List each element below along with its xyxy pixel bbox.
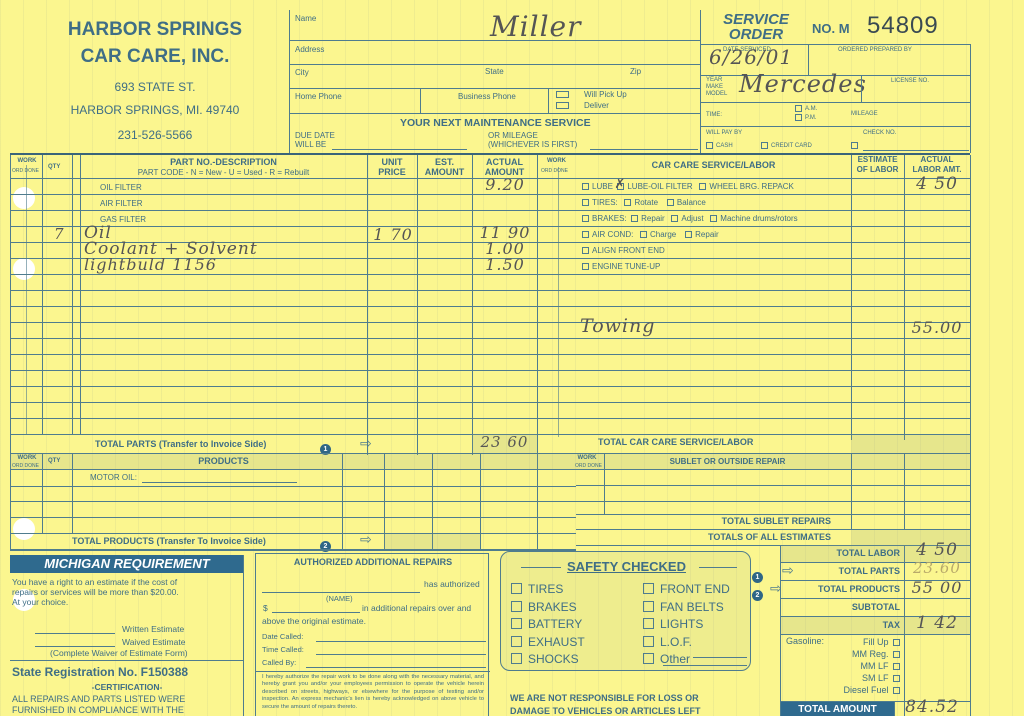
check-no-field[interactable]: [863, 150, 969, 151]
total-labor-label: TOTAL LABOR: [781, 548, 900, 558]
total-parts-label: TOTAL PARTS (Transfer to Invoice Side): [95, 439, 266, 449]
gas-diesel-label: Diesel Fuel: [843, 685, 888, 695]
company-city: HARBOR SPRINGS, MI. 49740: [40, 103, 270, 117]
tires-checkbox[interactable]: [582, 199, 589, 206]
totals-estimates-label: TOTALS OF ALL ESTIMATES: [576, 532, 831, 542]
above-estimate-text: above the original estimate.: [262, 616, 366, 626]
safety-lof-checkbox[interactable]: [643, 636, 654, 647]
gas-fill-up-checkbox[interactable]: [893, 639, 900, 646]
gas-sm-lf-label: SM LF: [862, 673, 889, 683]
part-row-air-filter: AIR FILTER: [100, 199, 143, 208]
authorized-repairs-box: AUTHORIZED ADDITIONAL REPAIRS has author…: [255, 553, 489, 716]
check-no-label: CHECK NO.: [863, 130, 896, 136]
est-amount-header-1: EST.: [417, 157, 472, 167]
home-phone-label: Home Phone: [295, 92, 342, 101]
license-label: LICENSE NO.: [891, 78, 929, 84]
gas-mm-reg-checkbox[interactable]: [893, 651, 900, 658]
order-number: 54809: [867, 12, 939, 40]
or-mileage-label: OR MILEAGE: [488, 131, 538, 140]
date-called-field[interactable]: [316, 641, 486, 642]
company-name-line2: CAR CARE, INC.: [40, 42, 270, 72]
rotate-label: Rotate: [634, 198, 658, 207]
vehicle-field[interactable]: Mercedes: [739, 70, 867, 98]
part-row-oil-filter-actual[interactable]: 9.20: [475, 175, 535, 194]
products-work-header: WORK: [12, 455, 42, 461]
machine-drums-checkbox[interactable]: [710, 215, 717, 222]
part-row-oil-qty[interactable]: 7: [54, 225, 65, 243]
safety-fan-belts-checkbox[interactable]: [643, 601, 654, 612]
safety-front-end-checkbox[interactable]: [643, 583, 654, 594]
written-estimate-field[interactable]: [35, 633, 115, 634]
ac-charge-label: Charge: [650, 230, 676, 239]
credit-card-checkbox[interactable]: [761, 142, 768, 149]
align-front-end-checkbox[interactable]: [582, 247, 589, 254]
will-pay-label: WILL PAY BY: [706, 130, 742, 136]
waived-estimate-label: Waived Estimate: [122, 637, 185, 647]
subtotal-label: SUBTOTAL: [781, 602, 900, 612]
gas-mm-lf-label: MM LF: [860, 661, 888, 671]
work-header: WORK: [12, 158, 42, 164]
transfer-1-badge-totals: 1: [752, 572, 763, 583]
balance-label: Balance: [677, 198, 706, 207]
total-sublet-label: TOTAL SUBLET REPAIRS: [576, 516, 831, 526]
michigan-text-3: At your choice.: [12, 597, 179, 607]
service-order-title-1: SERVICE: [721, 12, 791, 27]
part-row-lightbulb-desc[interactable]: lightbuld 1156: [84, 255, 217, 274]
part-row-lightbulb-actual[interactable]: 1.50: [475, 255, 535, 274]
arrow-right-icon: ⇨: [360, 436, 372, 450]
cert-text-1: ALL REPAIRS AND PARTS LISTED WERE: [12, 694, 185, 705]
deliver-checkbox[interactable]: [556, 102, 569, 109]
cash-label: CASH: [716, 143, 733, 149]
total-products-summary-value[interactable]: 55 00: [904, 578, 970, 597]
gas-mm-reg-label: MM Reg.: [852, 649, 889, 659]
engine-tune-up-label: ENGINE TUNE-UP: [592, 262, 660, 271]
products-header: PRODUCTS: [80, 456, 367, 466]
arrow-right-icon: ⇨: [770, 581, 782, 595]
michigan-text-1: You have a right to an estimate if the c…: [12, 577, 179, 587]
qty-header: QTY: [48, 164, 60, 170]
arrow-right-icon: ⇨: [360, 532, 372, 546]
ac-repair-label: Repair: [695, 230, 719, 239]
year-label: YEAR: [706, 77, 727, 84]
company-phone: 231-526-5566: [40, 128, 270, 142]
parts-table: WORK ORD DONE QTY PART NO.-DESCRIPTION P…: [10, 155, 576, 550]
will-pick-up-checkbox[interactable]: [556, 91, 569, 98]
has-authorized-label: has authorized: [424, 579, 480, 589]
towing-entry[interactable]: Towing: [580, 315, 655, 337]
total-amount-value[interactable]: 84.52: [894, 697, 970, 716]
motor-oil-label: MOTOR OIL:: [90, 473, 137, 482]
products-qty-header: QTY: [48, 458, 60, 464]
called-by-field[interactable]: [306, 667, 486, 668]
total-amount-label: TOTAL AMOUNT: [781, 702, 894, 716]
time-called-field[interactable]: [316, 654, 486, 655]
safety-fan-belts-label: FAN BELTS: [660, 600, 724, 614]
service-table: CAR CARE SERVICE/LABOR ESTIMATE OF LABOR…: [576, 155, 971, 550]
called-by-label: Called By:: [262, 658, 296, 667]
cert-text-2: FURNISHED IN COMPLIANCE WITH THE: [12, 705, 185, 716]
company-address: 693 STATE ST.: [40, 80, 270, 94]
gas-sm-lf-checkbox[interactable]: [893, 675, 900, 682]
pm-checkbox[interactable]: [795, 114, 802, 121]
safety-brakes-checkbox[interactable]: [511, 601, 522, 612]
whichever-label: (WHICHEVER IS FIRST): [488, 140, 577, 149]
ord-header-right: ORD: [541, 168, 552, 174]
credit-card-label: CREDIT CARD: [771, 143, 812, 149]
motor-oil-field[interactable]: [142, 482, 297, 483]
total-car-care-label: TOTAL CAR CARE SERVICE/LABOR: [598, 437, 753, 447]
certification-title: -CERTIFICATION-: [10, 682, 244, 692]
mileage-field[interactable]: [590, 149, 698, 150]
lube-oil-filter-checkbox[interactable]: ✗: [617, 183, 624, 190]
unit-price-header-2: PRICE: [367, 167, 417, 177]
part-row-oil-unit[interactable]: 1 70: [370, 225, 416, 244]
done-header-right: DONE: [554, 168, 568, 174]
brake-repair-label: Repair: [641, 214, 665, 223]
safety-tires-checkbox[interactable]: [511, 583, 522, 594]
total-parts-value[interactable]: 23 60: [472, 433, 537, 451]
business-phone-label: Business Phone: [458, 92, 516, 101]
brakes-label: BRAKES:: [592, 214, 627, 223]
time-label: TIME:: [706, 112, 722, 118]
authorizer-name-field[interactable]: [262, 592, 420, 593]
deliver-label: Deliver: [584, 101, 609, 110]
safety-lof-label: L.O.F.: [660, 635, 692, 649]
company-block: HARBOR SPRINGS CAR CARE, INC. 693 STATE …: [40, 18, 270, 142]
work-header-right: WORK: [537, 158, 576, 164]
wheel-brg-label: WHEEL BRG. REPACK: [709, 182, 793, 191]
sublet-work-header: WORK: [572, 455, 602, 461]
lube-label: LUBE: [592, 182, 613, 191]
service-order-block: SERVICE ORDER NO. M 54809 DATE SERVICED …: [701, 8, 971, 153]
am-checkbox[interactable]: [795, 105, 802, 112]
lube-actual-labor[interactable]: 4 50: [904, 174, 970, 194]
address-label: Address: [295, 45, 324, 54]
safety-front-end-label: FRONT END: [660, 582, 730, 596]
safety-other-label: Other: [660, 652, 690, 666]
ord-header: ORD: [12, 168, 23, 174]
brake-adjust-label: Adjust: [681, 214, 703, 223]
safety-other-checkbox[interactable]: [643, 653, 654, 664]
brake-repair-checkbox[interactable]: [631, 215, 638, 222]
waiver-note: (Complete Waiver of Estimate Form): [50, 648, 188, 658]
ac-charge-checkbox[interactable]: [640, 231, 647, 238]
customer-name-field[interactable]: Miller: [490, 10, 582, 43]
safety-lights-label: LIGHTS: [660, 617, 703, 631]
ac-repair-checkbox[interactable]: [685, 231, 692, 238]
estimate-labor-header-1: ESTIMATE: [851, 155, 904, 165]
done-header: DONE: [25, 168, 39, 174]
safety-other-field[interactable]: [693, 657, 747, 658]
next-service-title: YOUR NEXT MAINTENANCE SERVICE: [400, 117, 591, 129]
tax-value[interactable]: 1 42: [904, 613, 970, 633]
lube-checkbox[interactable]: [582, 183, 589, 190]
michigan-requirement-box: MICHIGAN REQUIREMENT You have a right to…: [10, 555, 244, 716]
sublet-header: SUBLET OR OUTSIDE REPAIR: [604, 457, 851, 466]
state-registration: State Registration No. F150388: [12, 665, 188, 679]
safety-checked-box: SAFETY CHECKED TIRES BRAKES BATTERY EXHA…: [500, 551, 751, 671]
brake-adjust-checkbox[interactable]: [671, 215, 678, 222]
part-desc-header: PART NO.-DESCRIPTION: [80, 157, 367, 167]
car-care-header: CAR CARE SERVICE/LABOR: [576, 160, 851, 170]
safety-shocks-checkbox[interactable]: [511, 653, 522, 664]
additional-repairs-text: in additional repairs over and: [362, 603, 471, 613]
city-label: City: [295, 68, 309, 77]
zip-label: Zip: [630, 67, 641, 76]
mileage-label: MILEAGE: [851, 111, 878, 117]
total-parts-summary-value[interactable]: 23.60: [904, 559, 970, 577]
safety-shocks-label: SHOCKS: [528, 652, 579, 666]
company-name-line1: HARBOR SPRINGS: [40, 18, 270, 42]
ordered-prepared-label: ORDERED PREPARED BY: [838, 47, 912, 53]
total-labor-value[interactable]: 4 50: [904, 540, 970, 560]
safety-battery-checkbox[interactable]: [511, 618, 522, 629]
total-parts-summary-label: TOTAL PARTS: [781, 566, 900, 576]
name-label: Name: [295, 14, 316, 23]
state-label: State: [485, 67, 504, 76]
tires-label: TIRES:: [592, 198, 618, 207]
actual-labor-header-1: ACTUAL: [904, 155, 970, 165]
safety-lights-checkbox[interactable]: [643, 618, 654, 629]
rotate-checkbox[interactable]: [624, 199, 631, 206]
michigan-text-2: repairs or services will be more than $2…: [12, 587, 179, 597]
safety-tires-label: TIRES: [528, 582, 563, 596]
gas-fill-up-label: Fill Up: [863, 637, 889, 647]
disclaimer-line-2: DAMAGE TO VEHICLES OR ARTICLES LEFT: [510, 705, 701, 716]
estimate-labor-header-2: OF LABOR: [851, 165, 904, 175]
balance-checkbox[interactable]: [667, 199, 674, 206]
part-row-oil-filter: OIL FILTER: [100, 183, 142, 192]
authorization-legal-text: I hereby authorize the repair work to be…: [262, 674, 484, 711]
written-estimate-label: Written Estimate: [122, 624, 184, 634]
check-checkbox[interactable]: [851, 142, 858, 149]
wheel-brg-checkbox[interactable]: [699, 183, 706, 190]
total-products-label: TOTAL PRODUCTS (Transfer To Invoice Side…: [72, 536, 266, 546]
total-products-summary-label: TOTAL PRODUCTS: [781, 584, 900, 594]
disclaimer: WE ARE NOT RESPONSIBLE FOR LOSS OR DAMAG…: [510, 692, 701, 716]
gas-diesel-checkbox[interactable]: [893, 687, 900, 694]
michigan-title: MICHIGAN REQUIREMENT: [10, 555, 244, 573]
additional-amount-field[interactable]: [272, 612, 360, 613]
am-label: A.M.: [805, 106, 817, 112]
will-pick-up-label: Will Pick Up: [584, 90, 627, 99]
time-called-label: Time Called:: [262, 645, 304, 654]
due-date-field[interactable]: [332, 149, 467, 150]
engine-tune-up-checkbox[interactable]: [582, 263, 589, 270]
brakes-checkbox[interactable]: [582, 215, 589, 222]
safety-exhaust-label: EXHAUST: [528, 635, 585, 649]
dollar-sign: $: [263, 603, 268, 613]
service-order-title-2: ORDER: [721, 27, 791, 42]
air-cond-label: AIR COND:: [592, 230, 633, 239]
align-front-end-label: ALIGN FRONT END: [592, 246, 665, 255]
machine-drums-label: Machine drums/rotors: [720, 214, 797, 223]
est-amount-header-2: AMOUNT: [417, 167, 472, 177]
waived-estimate-field[interactable]: [35, 646, 115, 647]
model-label: MODEL: [706, 91, 727, 98]
name-caption: (NAME): [326, 594, 353, 603]
date-serviced-field[interactable]: 6/26/01: [709, 45, 793, 69]
disclaimer-line-1: WE ARE NOT RESPONSIBLE FOR LOSS OR: [510, 692, 701, 705]
unit-price-header-1: UNIT: [367, 157, 417, 167]
due-date-label: DUE DATE: [295, 131, 335, 140]
make-label: MAKE: [706, 84, 727, 91]
customer-block: Name Miller Address City State Zip Home …: [290, 10, 700, 153]
will-be-label: WILL BE: [295, 140, 326, 149]
air-cond-checkbox[interactable]: [582, 231, 589, 238]
safety-battery-label: BATTERY: [528, 617, 582, 631]
pm-label: P.M.: [805, 115, 817, 121]
lube-oil-filter-label: LUBE-OIL FILTER: [627, 182, 692, 191]
authorized-title: AUTHORIZED ADDITIONAL REPAIRS: [256, 557, 490, 567]
safety-exhaust-checkbox[interactable]: [511, 636, 522, 647]
tax-label: TAX: [781, 620, 900, 630]
safety-brakes-label: BRAKES: [528, 600, 577, 614]
transfer-2-badge-totals: 2: [752, 590, 763, 601]
towing-amount[interactable]: 55.00: [904, 318, 970, 337]
totals-box: TOTAL LABOR 4 50 ⇨ TOTAL PARTS 23.60 ⇨ T…: [770, 545, 971, 716]
gas-mm-lf-checkbox[interactable]: [893, 663, 900, 670]
cash-checkbox[interactable]: [706, 142, 713, 149]
order-number-label: NO. M: [812, 21, 850, 36]
date-called-label: Date Called:: [262, 632, 303, 641]
part-code-header: PART CODE - N = New - U = Used - R = Reb…: [80, 168, 367, 177]
actual-amount-header-1: ACTUAL: [472, 157, 537, 167]
